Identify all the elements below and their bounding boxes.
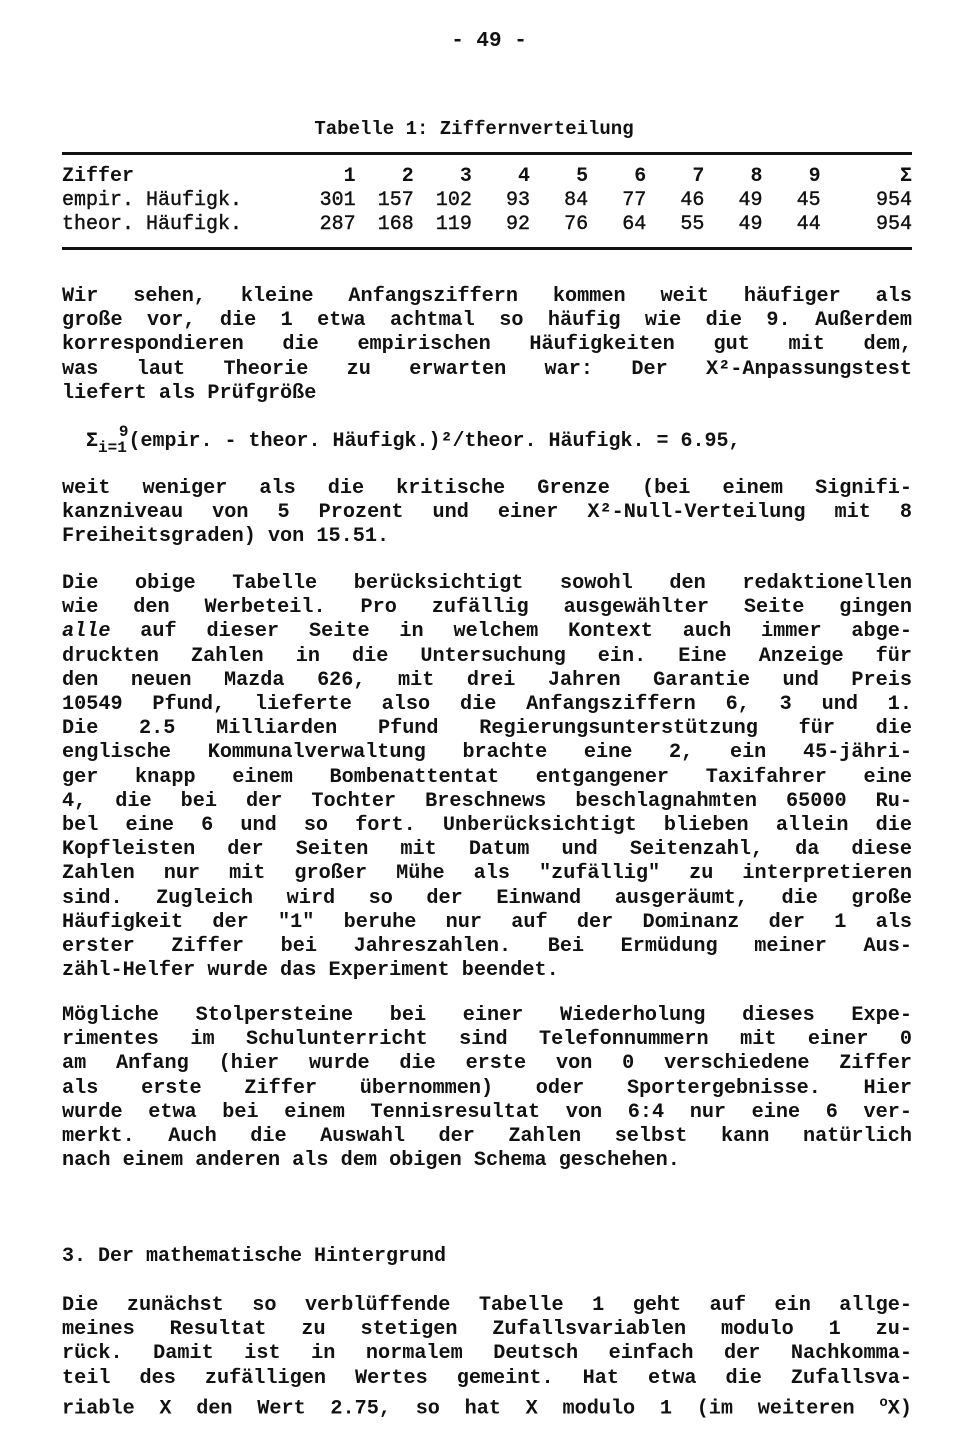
digit-distribution-table: Ziffer 1 2 3 4 5 6 7 8 9 Σ empir. Häufig… (62, 165, 912, 237)
text-line: rimentes im Schulunterricht sind Telefon… (62, 1028, 912, 1052)
table-cell: 93 (472, 189, 530, 213)
section-heading: 3. Der mathematische Hintergrund (62, 1245, 446, 1268)
text-line: riable X den Wert 2.75, so hat X modulo … (62, 1391, 912, 1422)
text-line: rück. Damit ist in normalem Deutsch einf… (62, 1342, 912, 1366)
text-line: zähl-Helfer wurde das Experiment beendet… (62, 959, 912, 983)
text-line: wie den Werbeteil. Pro zufällig ausgewäh… (62, 596, 912, 620)
table-cell: 287 (298, 213, 356, 237)
table-cell: 301 (298, 189, 356, 213)
table-cell: 102 (414, 189, 472, 213)
text-line: Zahlen nur mit großer Mühe als "zufällig… (62, 862, 912, 886)
mod-superscript: o (879, 1395, 887, 1411)
table-cell-sum: 954 (821, 213, 912, 237)
text-line: große vor, die 1 etwa achtmal so häufig … (62, 309, 912, 333)
text-line: nach einem anderen als dem obigen Schema… (62, 1149, 912, 1173)
table-cell-sum: 954 (821, 189, 912, 213)
text-line: bel eine 6 und so fort. Unberücksichtigt… (62, 814, 912, 838)
table-cell: 84 (530, 189, 588, 213)
header-cell: 2 (356, 165, 414, 189)
header-cell: 1 (298, 165, 356, 189)
text-line: Wir sehen, kleine Anfangsziffern kommen … (62, 285, 912, 309)
header-cell-sum: Σ (821, 165, 912, 189)
text-line: erster Ziffer bei Jahreszahlen. Bei Ermü… (62, 935, 912, 959)
text-line: druckten Zahlen in die Untersuchung ein.… (62, 645, 912, 669)
table-cell: 49 (704, 189, 762, 213)
paragraph-method: Die obige Tabelle berücksichtigt sowohl … (62, 572, 912, 983)
text-line: kanzniveau von 5 Prozent und einer X²-Nu… (62, 501, 912, 525)
table-row: theor. Häufigk. 287 168 119 92 76 64 55 … (62, 213, 912, 237)
paragraph-observation: Wir sehen, kleine Anfangsziffern kommen … (62, 285, 912, 406)
row-label: empir. Häufigk. (62, 189, 298, 213)
text-line: teil des zufälligen Wertes gemeint. Hat … (62, 1367, 912, 1391)
formula-superscript: 9 (119, 423, 129, 441)
header-cell: 7 (646, 165, 704, 189)
text-line: Mögliche Stolpersteine bei einer Wiederh… (62, 1004, 912, 1028)
table-cell: 77 (588, 189, 646, 213)
table-cell: 157 (356, 189, 414, 213)
table-title: Tabelle 1: Ziffernverteilung (0, 118, 978, 140)
text-line: weit weniger als die kritische Grenze (b… (62, 477, 912, 501)
table-title-text: Tabelle 1: Ziffernverteilung (314, 118, 633, 140)
sigma-symbol: Σ (86, 430, 98, 453)
table-cell: 168 (356, 213, 414, 237)
table-cell: 76 (530, 213, 588, 237)
table-row: empir. Häufigk. 301 157 102 93 84 77 46 … (62, 189, 912, 213)
table-cell: 119 (414, 213, 472, 237)
header-cell: 9 (763, 165, 821, 189)
text-line: Häufigkeit der "1" beruhe nur auf der Do… (62, 911, 912, 935)
header-cell: 6 (588, 165, 646, 189)
emphasis-alle: alle (62, 620, 110, 643)
header-cell: 4 (472, 165, 530, 189)
row-label: theor. Häufigk. (62, 213, 298, 237)
text-line: meines Resultat zu stetigen Zufallsvaria… (62, 1318, 912, 1342)
text-line: ger knapp einem Bombenattentat entgangen… (62, 766, 912, 790)
text-fragment: auf dieser Seite in welchem Kontext auch… (110, 620, 912, 643)
header-cell: 5 (530, 165, 588, 189)
header-cell: 3 (414, 165, 472, 189)
header-cell: 8 (704, 165, 762, 189)
formula-body: (empir. - theor. Häufigk.)²/theor. Häufi… (128, 430, 740, 453)
text-line: den neuen Mazda 626, mit drei Jahren Gar… (62, 669, 912, 693)
header-cell: Ziffer (62, 165, 298, 189)
text-line: 10549 Pfund, lieferte also die Anfangszi… (62, 693, 912, 717)
text-line: Freiheitsgraden) von 15.51. (62, 525, 912, 549)
table-cell: 92 (472, 213, 530, 237)
text-line: korrespondieren die empirischen Häufigke… (62, 333, 912, 357)
text-line: Die obige Tabelle berücksichtigt sowohl … (62, 572, 912, 596)
text-line: 4, die bei der Tochter Breschnews beschl… (62, 790, 912, 814)
text-line: Kopfleisten der Seiten mit Datum und Sei… (62, 838, 912, 862)
page-number: - 49 - (0, 30, 978, 53)
paragraph-critical-value: weit weniger als die kritische Grenze (b… (62, 477, 912, 550)
formula-subscript: i=1 (98, 439, 127, 457)
text-line: Die 2.5 Milliarden Pfund Regierungsunter… (62, 717, 912, 741)
table-cell: 45 (763, 189, 821, 213)
table-bottom-rule (62, 247, 912, 250)
text-fragment: X) (888, 1398, 912, 1421)
text-fragment: riable X den Wert 2.75, so hat X modulo … (62, 1398, 879, 1421)
text-line: am Anfang (hier wurde die erste von 0 ve… (62, 1052, 912, 1076)
text-line: alle auf dieser Seite in welchem Kontext… (62, 620, 912, 644)
paragraph-math-background: Die zunächst so verblüffende Tabelle 1 g… (62, 1294, 912, 1422)
text-line: als erste Ziffer übernommen) oder Sporte… (62, 1077, 912, 1101)
text-line: sind. Zugleich wird so der Einwand ausge… (62, 887, 912, 911)
table-cell: 55 (646, 213, 704, 237)
table-cell: 44 (763, 213, 821, 237)
table-cell: 49 (704, 213, 762, 237)
text-line: merkt. Auch die Auswahl der Zahlen selbs… (62, 1125, 912, 1149)
text-line: englische Kommunalverwaltung brachte ein… (62, 741, 912, 765)
text-line: wurde etwa bei einem Tennisresultat von … (62, 1101, 912, 1125)
text-line: liefert als Prüfgröße (62, 382, 912, 406)
table-cell: 64 (588, 213, 646, 237)
text-line: was laut Theorie zu erwarten war: Der X²… (62, 358, 912, 382)
table-header-row: Ziffer 1 2 3 4 5 6 7 8 9 Σ (62, 165, 912, 189)
text-line: Die zunächst so verblüffende Tabelle 1 g… (62, 1294, 912, 1318)
table-top-rule (62, 152, 912, 155)
chi-square-formula: Σi=19(empir. - theor. Häufigk.)²/theor. … (86, 423, 741, 457)
paragraph-pitfalls: Mögliche Stolpersteine bei einer Wiederh… (62, 1004, 912, 1173)
table-cell: 46 (646, 189, 704, 213)
